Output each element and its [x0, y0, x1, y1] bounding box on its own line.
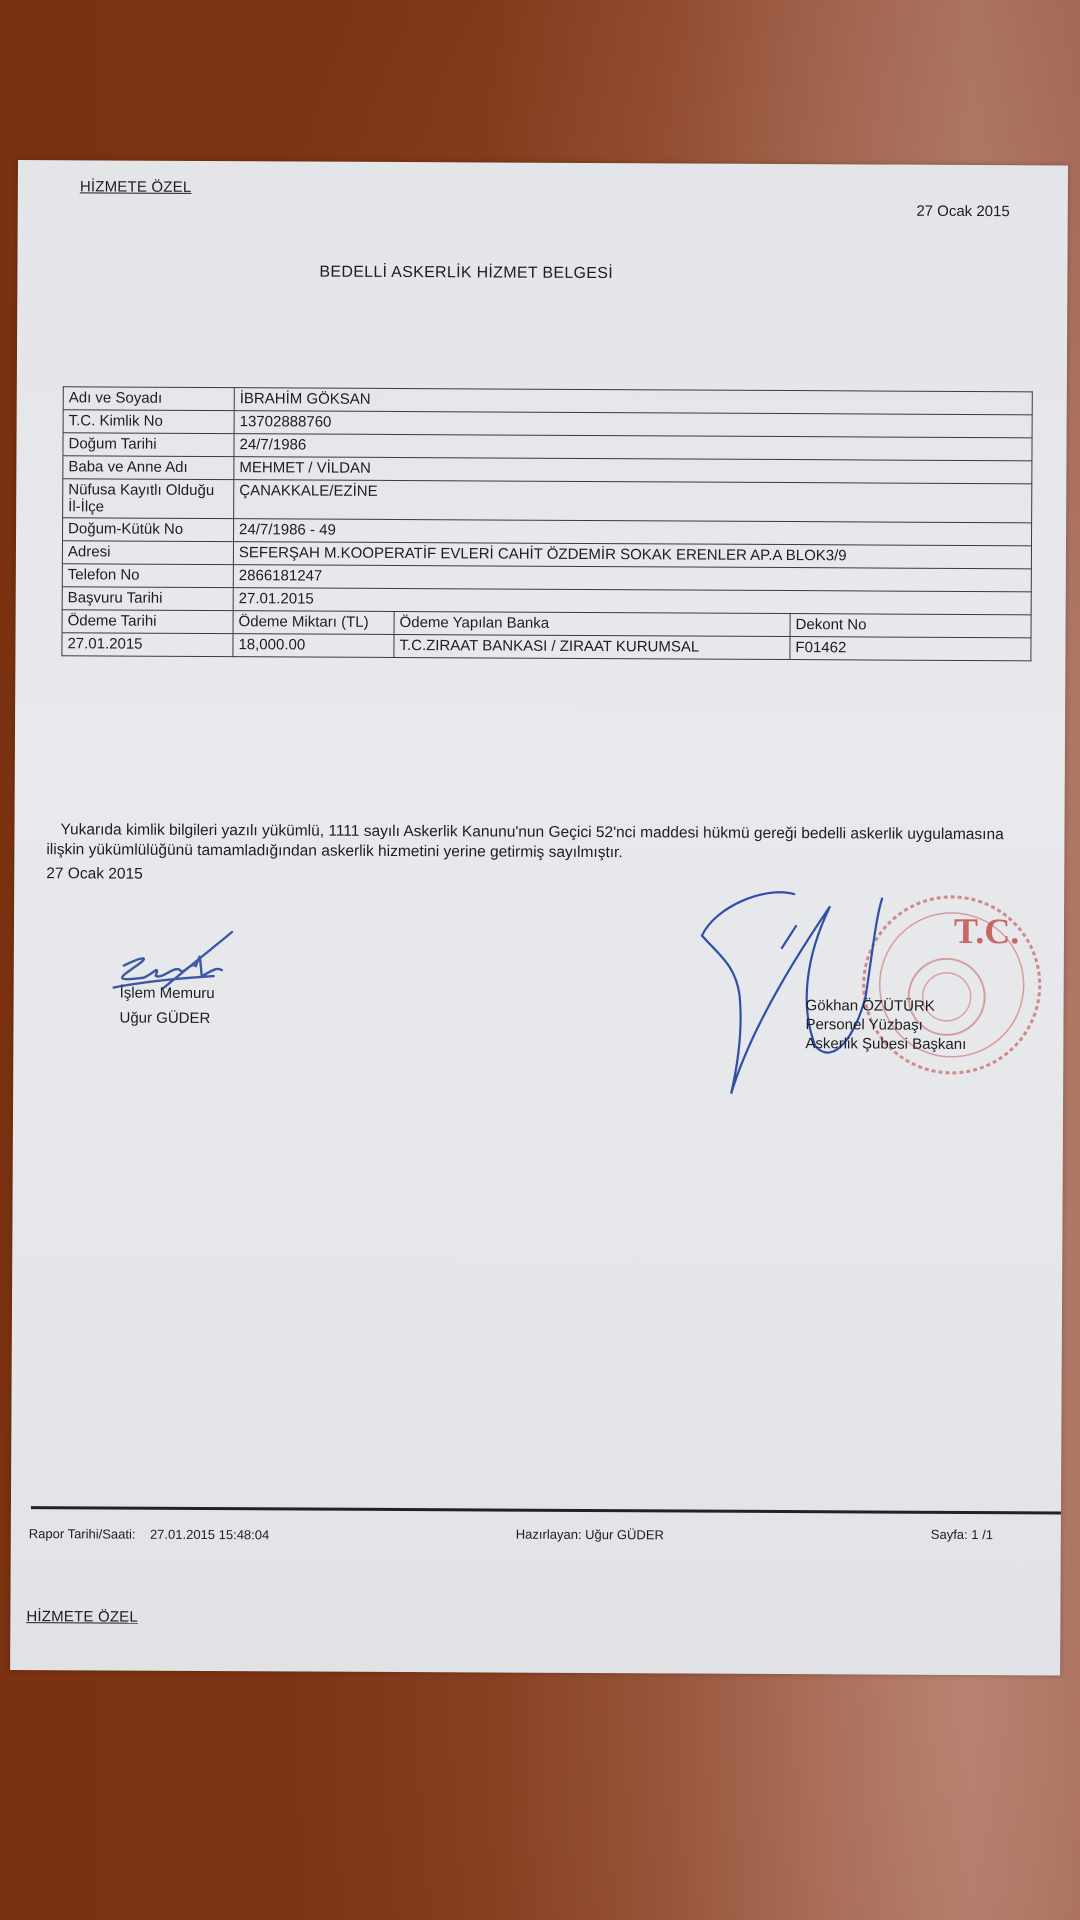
payment-header-cell: Ödeme Miktarı (TL): [233, 611, 394, 635]
payment-header-cell: Ödeme Yapılan Banka: [394, 611, 790, 636]
field-label: Telefon No: [62, 564, 233, 588]
field-label: Adresi: [62, 541, 233, 565]
receipt-number: F01462: [790, 637, 1031, 661]
field-label: Baba ve Anne Adı: [63, 456, 234, 480]
identity-row: Nüfusa Kayıtlı Olduğu İl-İlçeÇANAKKALE/E…: [63, 479, 1032, 523]
field-label: Doğum-Kütük No: [63, 518, 234, 542]
payment-header-cell: Dekont No: [790, 614, 1031, 638]
field-label: Adı ve Soyadı: [63, 387, 234, 411]
classification-label-bottom: HİZMETE ÖZEL: [26, 1608, 138, 1626]
report-label: Rapor Tarihi/Saati:: [29, 1526, 136, 1542]
chief-rank: Personel Yüzbaşı: [805, 1015, 966, 1035]
clerk-name: Uğur GÜDER: [119, 1006, 214, 1031]
field-label: Nüfusa Kayıtlı Olduğu İl-İlçe: [63, 479, 234, 519]
document-title: BEDELLİ ASKERLİK HİZMET BELGESİ: [319, 264, 613, 284]
payment-amount: 18,000.00: [233, 634, 394, 658]
page-number: Sayfa: 1 /1: [931, 1527, 993, 1542]
report-timestamp: Rapor Tarihi/Saati: 27.01.2015 15:48:04: [29, 1526, 270, 1542]
field-value: ÇANAKKALE/EZİNE: [234, 480, 1032, 523]
prepared-by: Hazırlayan: Uğur GÜDER: [516, 1527, 664, 1543]
chief-title: Askerlik Şubesi Başkanı: [805, 1034, 966, 1054]
document-date: 27 Ocak 2015: [916, 203, 1009, 220]
payment-row: 27.01.2015 18,000.00 T.C.ZIRAAT BANKASI …: [62, 633, 1031, 661]
chief-name: Gökhan ÖZÜTÜRK: [806, 996, 967, 1016]
clerk-signer: İşlem Memuru Uğur GÜDER: [119, 981, 214, 1031]
identity-table: Adı ve SoyadıİBRAHİM GÖKSANT.C. Kimlik N…: [61, 386, 1032, 661]
payment-bank: T.C.ZIRAAT BANKASI / ZIRAAT KURUMSAL: [394, 634, 790, 659]
field-label: Başvuru Tarihi: [62, 587, 233, 611]
chief-signer: Gökhan ÖZÜTÜRK Personel Yüzbaşı Askerlik…: [805, 996, 966, 1054]
document-page: HİZMETE ÖZEL 27 Ocak 2015 BEDELLİ ASKERL…: [10, 160, 1068, 1675]
payment-header-cell: Ödeme Tarihi: [62, 610, 233, 634]
field-label: Doğum Tarihi: [63, 433, 234, 457]
stamp-text: T.C.: [954, 911, 1020, 951]
clerk-role: İşlem Memuru: [120, 981, 215, 1006]
classification-label-top: HİZMETE ÖZEL: [80, 178, 192, 196]
statement-paragraph: Yukarıda kimlik bilgileri yazılı yükümlü…: [46, 820, 1036, 865]
footer-divider: [31, 1506, 1061, 1514]
payment-date: 27.01.2015: [62, 633, 233, 657]
report-value: 27.01.2015 15:48:04: [150, 1527, 269, 1543]
field-label: T.C. Kimlik No: [63, 410, 234, 434]
